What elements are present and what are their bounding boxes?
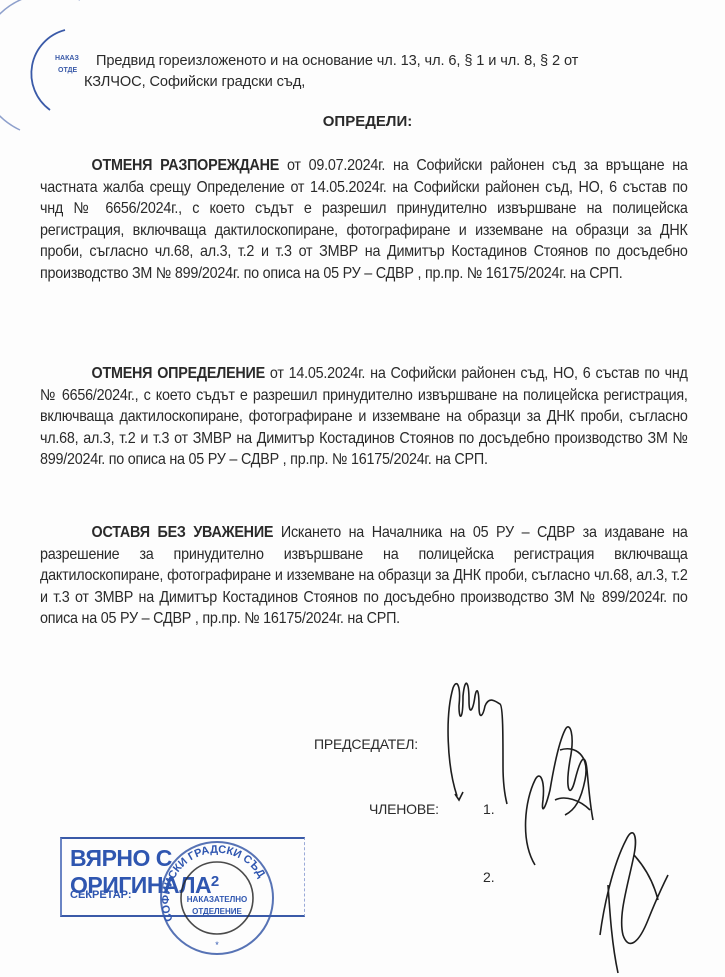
member-2-signature-icon — [598, 825, 678, 975]
svg-text:ОТДЕЛЕНИЕ: ОТДЕЛЕНИЕ — [192, 907, 242, 916]
svg-text:НАКАЗАТЕЛНО: НАКАЗАТЕЛНО — [187, 895, 247, 904]
ruling-paragraph-2: ОТМЕНЯ ОПРЕДЕЛЕНИЕ от 14.05.2024г. на Со… — [40, 363, 688, 471]
ruling-lead-1: ОТМЕНЯ РАЗПОРЕЖДАНЕ — [92, 157, 280, 174]
ruling-lead-3: ОСТАВЯ БЕЗ УВАЖЕНИЕ — [92, 524, 274, 541]
ruling-lead-2: ОТМЕНЯ ОПРЕДЕЛЕНИЕ — [92, 365, 265, 382]
intro-text: Предвид гореизложеното и на основание чл… — [96, 51, 696, 93]
chairman-label: ПРЕДСЕДАТЕЛ: — [314, 736, 418, 752]
secretary-label: СЕКРЕТАР: — [70, 889, 132, 901]
ruling-paragraph-1: ОТМЕНЯ РАЗПОРЕЖДАНЕ от 09.07.2024г. на С… — [40, 155, 688, 284]
member-2-number: 2. — [483, 869, 495, 885]
document-page: НАКАЗ ОТДЕ Предвид гореизложеното и на о… — [0, 0, 725, 977]
intro-line-2: КЗЛЧОС, Софийски градски съд, — [84, 72, 696, 93]
court-round-stamp-icon: СОФИЙСКИ ГРАДСКИ СЪД 2 НАКАЗАТЕЛНО ОТДЕЛ… — [153, 830, 278, 960]
ruling-text-1: от 09.07.2024г. на Софийски районен съд … — [40, 157, 688, 282]
svg-text:НАКАЗ: НАКАЗ — [55, 55, 79, 62]
intro-line-1: Предвид гореизложеното и на основание чл… — [96, 51, 696, 72]
svg-text:ОТДЕ: ОТДЕ — [58, 67, 78, 74]
svg-text:2: 2 — [211, 873, 219, 890]
members-label: ЧЛЕНОВЕ: — [369, 801, 439, 817]
svg-text:*: * — [215, 940, 219, 950]
ruling-paragraph-3: ОСТАВЯ БЕЗ УВАЖЕНИЕ Искането на Началник… — [40, 522, 688, 630]
ruling-heading: ОПРЕДЕЛИ: — [0, 113, 725, 130]
member-1-signature-icon — [505, 720, 605, 870]
